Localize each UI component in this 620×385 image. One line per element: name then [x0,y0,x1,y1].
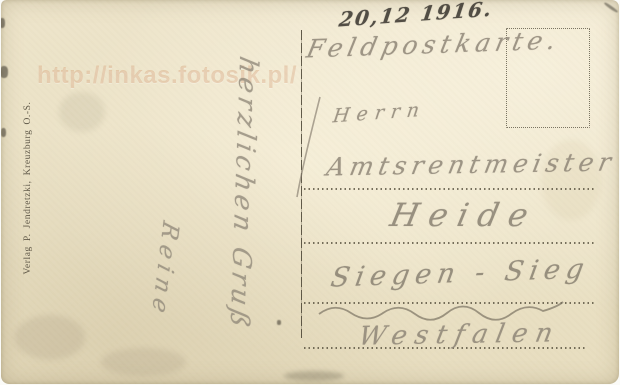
edge-mark [604,2,619,14]
ink-speck [1,128,6,137]
ink-speck [1,18,5,28]
message-signature: Reine [146,218,183,322]
publisher-imprint-wrap: Verlag P. Jendretzki, Kreuzburg O.-S. [17,63,35,313]
scan-background: http://inkas.fotosik.pl/ Verlag P. Jendr… [0,0,620,385]
message-greeting: herzlichen Gruß [224,54,263,334]
paper-smudge [15,315,85,360]
pen-flourish-stroke [294,95,334,200]
ink-speck [1,66,8,78]
address-city-line: Siegen - Sieg [328,253,592,293]
handwritten-date: 20,12 1916. [337,0,494,32]
publisher-imprint: Verlag P. Jendretzki, Kreuzburg O.-S. [23,101,33,274]
address-rule-1 [304,188,596,190]
ink-speck [277,320,281,325]
address-recipient-title: Amtsrentmeister [324,147,618,181]
paper-smudge [284,371,344,381]
wavy-underline [317,300,585,326]
address-rule-2 [304,242,596,244]
paper-smudge [101,348,186,376]
address-salutation: Herrn [332,99,428,128]
address-recipient-name: Heide [387,196,542,234]
postcard-back: http://inkas.fotosik.pl/ Verlag P. Jendr… [1,0,619,384]
paper-smudge [59,92,105,132]
